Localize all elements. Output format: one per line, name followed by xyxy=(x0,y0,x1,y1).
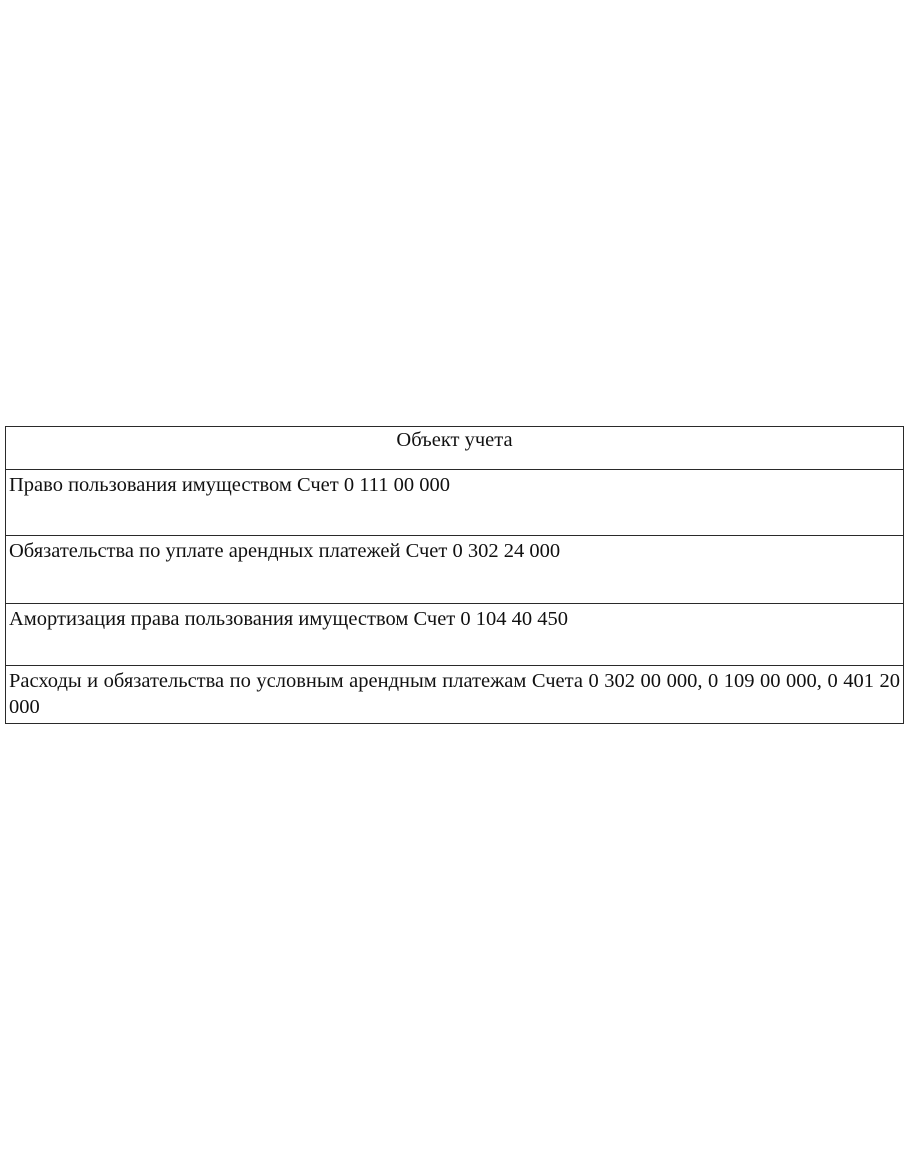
accounting-objects-table: Объект учета Право пользования имущество… xyxy=(5,426,904,724)
table-cell: Обязательства по уплате арендных платеже… xyxy=(6,536,904,604)
table-cell: Расходы и обязательства по условным арен… xyxy=(6,666,904,724)
table-cell: Право пользования имуществом Счет 0 111 … xyxy=(6,470,904,536)
table-row: Расходы и обязательства по условным арен… xyxy=(6,666,904,724)
table-cell: Амортизация права пользования имуществом… xyxy=(6,604,904,666)
table-header-row: Объект учета xyxy=(6,427,904,470)
table-row: Обязательства по уплате арендных платеже… xyxy=(6,536,904,604)
table-row: Амортизация права пользования имуществом… xyxy=(6,604,904,666)
column-header-accounting-object: Объект учета xyxy=(6,427,904,470)
table-row: Право пользования имуществом Счет 0 111 … xyxy=(6,470,904,536)
